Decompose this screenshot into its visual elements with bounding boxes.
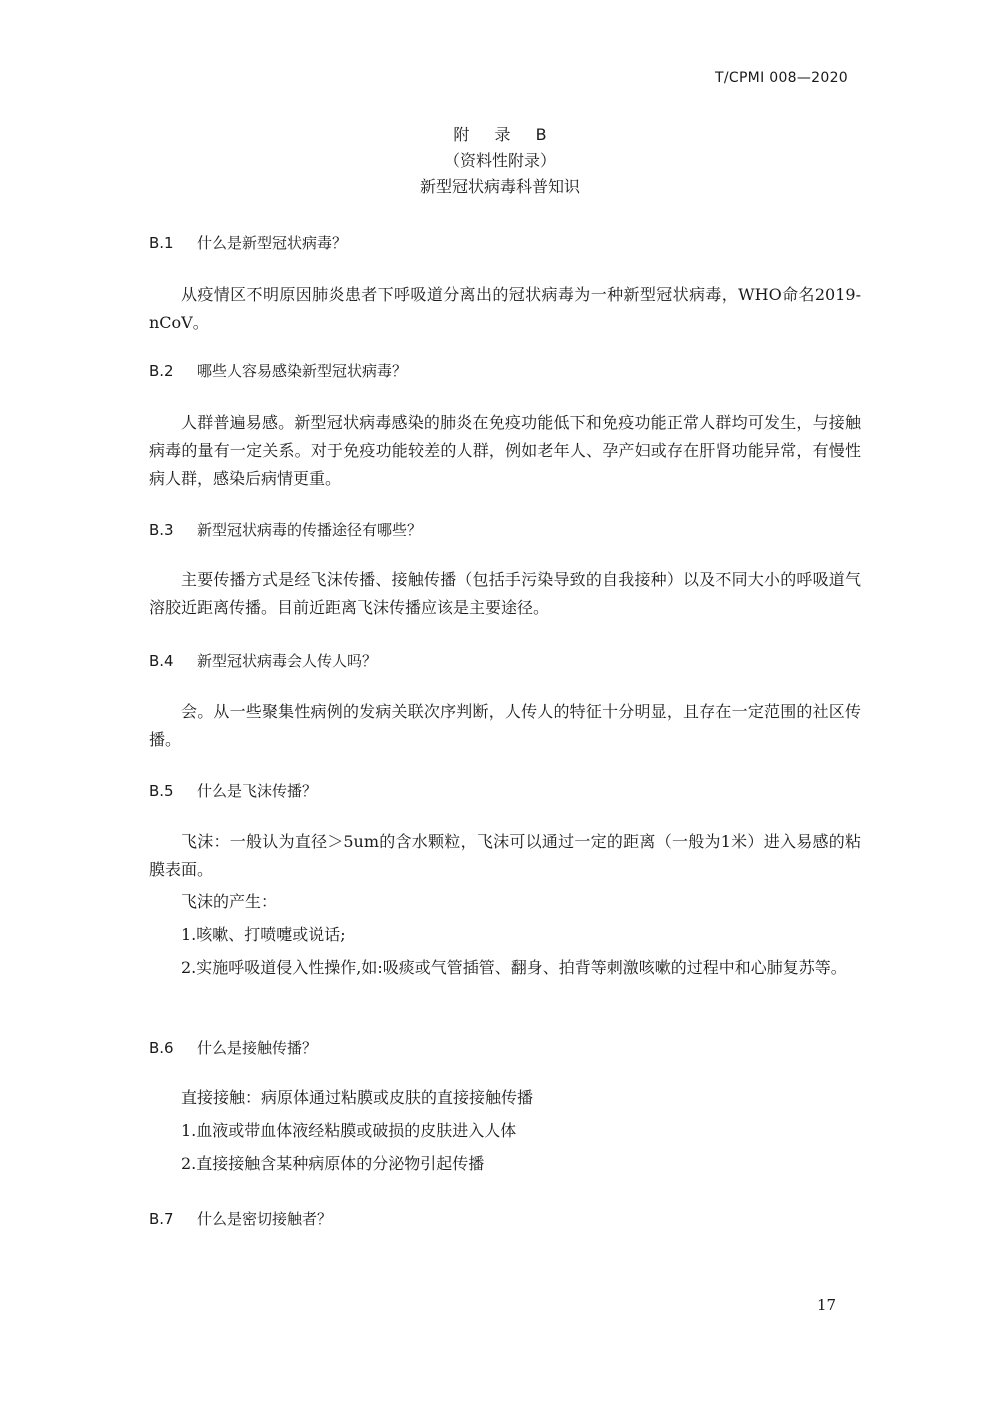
- paragraph: 从疫情区不明原因肺炎患者下呼吸道分离出的冠状病毒为一种新型冠状病毒，WHO命名2…: [149, 281, 861, 337]
- paragraph: 飞沫的产生：: [149, 888, 861, 916]
- section-heading-b7: B.7什么是密切接触者？: [149, 1208, 332, 1229]
- section-number: B.2: [149, 362, 197, 380]
- paragraph: 会。从一些聚集性病例的发病关联次序判断，人传人的特征十分明显，且存在一定范围的社…: [149, 698, 861, 754]
- paragraph: 人群普遍易感。新型冠状病毒感染的肺炎在免疫功能低下和免疫功能正常人群均可发生，与…: [149, 409, 861, 493]
- section-title: 哪些人容易感染新型冠状病毒？: [197, 362, 407, 380]
- section-number: B.3: [149, 521, 197, 539]
- section-number: B.4: [149, 652, 197, 670]
- section-heading-b2: B.2哪些人容易感染新型冠状病毒？: [149, 360, 407, 381]
- section-heading-b5: B.5什么是飞沫传播？: [149, 780, 317, 801]
- paragraph: 飞沫：一般认为直径＞5um的含水颗粒，飞沫可以通过一定的距离（一般为1米）进入易…: [149, 828, 861, 884]
- list-item: 1.咳嗽、打喷嚏或说话;: [149, 921, 861, 949]
- section-heading-b4: B.4新型冠状病毒会人传人吗？: [149, 650, 377, 671]
- section-title: 什么是密切接触者？: [197, 1210, 332, 1228]
- list-item: 1.血液或带血体液经粘膜或破损的皮肤进入人体: [149, 1117, 861, 1145]
- section-number: B.5: [149, 782, 197, 800]
- section-number: B.1: [149, 234, 197, 252]
- paragraph: 直接接触：病原体通过粘膜或皮肤的直接接触传播: [149, 1084, 861, 1112]
- standard-number: T/CPMI 008—2020: [715, 70, 848, 86]
- section-heading-b3: B.3新型冠状病毒的传播途径有哪些？: [149, 519, 422, 540]
- section-title: 什么是新型冠状病毒？: [197, 234, 347, 252]
- section-heading-b6: B.6什么是接触传播？: [149, 1037, 317, 1058]
- section-title: 什么是飞沫传播？: [197, 782, 317, 800]
- section-number: B.7: [149, 1210, 197, 1228]
- appendix-type: （资料性附录）: [0, 148, 1000, 174]
- section-title: 新型冠状病毒会人传人吗？: [197, 652, 377, 670]
- section-heading-b1: B.1什么是新型冠状病毒？: [149, 232, 347, 253]
- appendix-title-block: 附 录 B （资料性附录） 新型冠状病毒科普知识: [0, 122, 1000, 200]
- appendix-label: 附 录 B: [0, 122, 1000, 148]
- list-item: 2.直接接触含某种病原体的分泌物引起传播: [149, 1150, 861, 1178]
- list-item: 2.实施呼吸道侵入性操作,如:吸痰或气管插管、翻身、拍背等刺激咳嗽的过程中和心肺…: [149, 954, 861, 982]
- appendix-name: 新型冠状病毒科普知识: [0, 174, 1000, 200]
- section-title: 什么是接触传播？: [197, 1039, 317, 1057]
- paragraph: 主要传播方式是经飞沫传播、接触传播（包括手污染导致的自我接种）以及不同大小的呼吸…: [149, 566, 861, 622]
- page-number: 17: [817, 1296, 836, 1314]
- section-title: 新型冠状病毒的传播途径有哪些？: [197, 521, 422, 539]
- section-number: B.6: [149, 1039, 197, 1057]
